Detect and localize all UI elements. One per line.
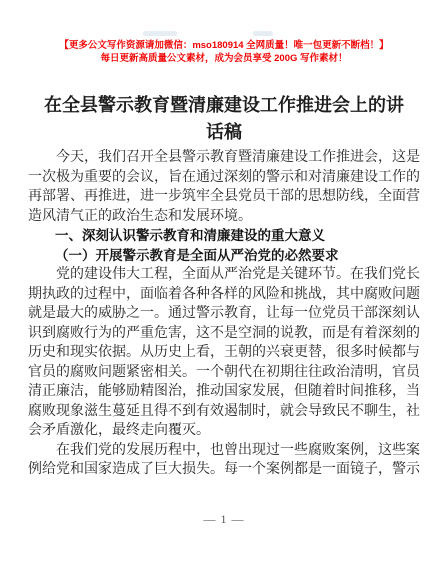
document-title: 在全县警示教育暨清廉建设工作推进会上的讲话稿 (40, 92, 408, 146)
document-page: 【更多公文写作资源请加微信：mso180914 全网质量！唯一包更新不断档！】 … (0, 0, 448, 580)
watermark-smudge (253, 31, 273, 36)
section-heading-1: 一、深刻认识警示教育和清廉建设的重大意义 (28, 226, 420, 246)
watermark-ad-line2: 每日更新高质量公文素材，成为会员享受 200G 写作素材！ (0, 52, 448, 65)
watermark-ad-line1: 【更多公文写作资源请加微信：mso180914 全网质量！唯一包更新不断档！】 (0, 39, 448, 52)
page-number: — 1 — (0, 512, 448, 527)
subsection-heading-1-1: （一）开展警示教育是全面从严治党的必然要求 (28, 246, 420, 266)
intro-paragraph: 今天，我们召开全县警示教育暨清廉建设工作推进会，这是一次极为重要的会议，旨在通过… (28, 148, 420, 226)
body-paragraph: 在我们党的发展历程中，也曾出现过一些腐败案例，这些案例给党和国家造成了巨大损失。… (28, 441, 420, 480)
watermark-ad-block: 【更多公文写作资源请加微信：mso180914 全网质量！唯一包更新不断档！】 … (0, 39, 448, 65)
watermark-smudge (143, 31, 177, 36)
body-paragraph: 党的建设伟大工程，全面从严治党是关键环节。在我们党长期执政的过程中，面临着各种各… (28, 265, 420, 441)
document-body: 今天，我们召开全县警示教育暨清廉建设工作推进会，这是一次极为重要的会议，旨在通过… (28, 148, 420, 480)
